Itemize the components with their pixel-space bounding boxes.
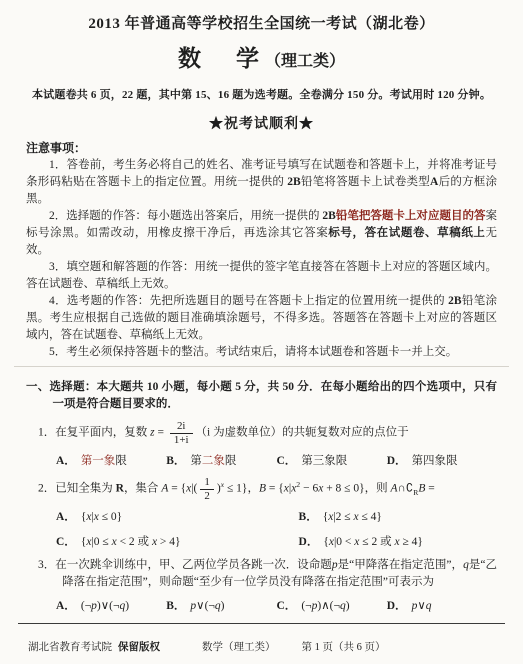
subject-type-label: （理工类） <box>265 53 345 70</box>
notices-heading: 注意事项： <box>26 140 497 157</box>
option-c: C．第三象限 <box>277 453 387 469</box>
option-text: p∨q <box>412 600 432 612</box>
option-label: A． <box>56 455 76 467</box>
footer-subject: 数学（理工类） <box>202 639 276 654</box>
option-label: B． <box>166 600 185 612</box>
option-label: B． <box>166 455 185 467</box>
option-label: D． <box>299 536 319 548</box>
option-d: D．p∨q <box>387 598 497 614</box>
option-a: A．第一象限 <box>56 453 166 469</box>
subject-title: 数 学（理工类） <box>26 40 497 73</box>
notice-item-1: 1．答卷前，考生务必将自己的姓名、准考证号填写在试题卷和答题卡上，并将准考证号条… <box>26 157 497 208</box>
footer-org: 湖北省教育考试院 <box>28 639 112 654</box>
footer-rule <box>18 623 505 624</box>
exam-info-line: 本试题卷共 6 页，22 题，其中第 15、16 题为选考题。全卷满分 150 … <box>26 86 497 102</box>
option-text: {x|0 ≤ x < 2 或 x > 4} <box>81 536 181 548</box>
section-heading: 一、选择题：本大题共 10 小题，每小题 5 分，共 50 分．在每小题给出的四… <box>26 379 497 413</box>
option-d: D．{x|0 < x ≤ 2 或 x ≥ 4} <box>299 534 497 550</box>
question-3: 3．在一次跳伞训练中，甲、乙两位学员各跳一次．设命题p是“甲降落在指定范围”，q… <box>26 557 497 614</box>
options-row: A．(¬p)∨(¬q) B．p∨(¬q) C．(¬p)∧(¬q) D．p∨q <box>56 598 497 614</box>
exam-title: 2013 年普通高等学校招生全国统一考试（湖北卷） <box>26 12 497 33</box>
option-text: 第一象限 <box>81 455 127 467</box>
notice-item-5: 5．考生必须保持答题卡的整洁。考试结束后，请将本试题卷和答题卡一并上交。 <box>26 344 497 361</box>
options-row: A．第一象限 B．第二象限 C．第三象限 D．第四象限 <box>56 453 497 469</box>
footer-block: 湖北省教育考试院 保留版权 数学（理工类） 第 1 页（共 6 页） <box>26 623 497 664</box>
notices-section: 注意事项： 1．答卷前，考生务必将自己的姓名、准考证号填写在试题卷和答题卡上，并… <box>26 140 497 361</box>
footer: 湖北省教育考试院 保留版权 数学（理工类） 第 1 页（共 6 页） <box>26 639 497 654</box>
option-label: C． <box>277 455 297 467</box>
wish-line: ★祝考试顺利★ <box>26 113 497 133</box>
option-a: A．(¬p)∨(¬q) <box>56 598 166 614</box>
option-label: A． <box>56 511 76 523</box>
option-label: A． <box>56 600 76 612</box>
option-label: C． <box>277 600 297 612</box>
notice-item-4: 4．选考题的作答：先把所选题目的题号在答题卡上指定的位置用统一提供的 2B铅笔涂… <box>26 293 497 344</box>
option-b: B．第二象限 <box>166 453 276 469</box>
footer-copyright: 保留版权 <box>118 639 160 654</box>
question-2: 2．已知全集为 R，集合 A = {x|(12)x ≤ 1}，B = {x|x2… <box>26 476 497 550</box>
option-label: D． <box>387 600 407 612</box>
notice-item-2: 2．选择题的作答：每小题选出答案后，用统一提供的 2B铅笔把答题卡上对应题目的答… <box>26 208 497 259</box>
option-b: B．{x|2 ≤ x ≤ 4} <box>299 509 497 525</box>
option-label: C． <box>56 536 76 548</box>
question-stem: 3．在一次跳伞训练中，甲、乙两位学员各跳一次．设命题p是“甲降落在指定范围”，q… <box>38 557 497 591</box>
option-a: A．{x|x ≤ 0} <box>56 509 299 525</box>
option-text: (¬p)∨(¬q) <box>81 600 129 612</box>
exam-page: 2013 年普通高等学校招生全国统一考试（湖北卷） 数 学（理工类） 本试题卷共… <box>0 0 523 664</box>
option-text: 第四象限 <box>412 455 458 467</box>
question-stem: 2．已知全集为 R，集合 A = {x|(12)x ≤ 1}，B = {x|x2… <box>38 476 497 502</box>
option-text: {x|x ≤ 0} <box>81 511 122 523</box>
option-c: C．(¬p)∧(¬q) <box>277 598 387 614</box>
option-d: D．第四象限 <box>387 453 497 469</box>
option-label: D． <box>387 455 407 467</box>
option-c: C．{x|0 ≤ x < 2 或 x > 4} <box>56 534 299 550</box>
option-label: B． <box>299 511 318 523</box>
option-text: p∨(¬q) <box>190 600 224 612</box>
option-text: {x|2 ≤ x ≤ 4} <box>323 511 382 523</box>
subject-name: 数 学 <box>178 46 265 71</box>
question-1: 1．在复平面内，复数 z = 2i1+i（i 为虚数单位）的共轭复数对应的点位于… <box>26 420 497 469</box>
option-text: {x|0 < x ≤ 2 或 x ≥ 4} <box>323 536 423 548</box>
option-text: 第三象限 <box>301 455 347 467</box>
section-divider <box>14 366 509 367</box>
notice-item-3: 3．填空题和解答题的作答：用统一提供的签字笔直接答在答题卡上对应的答题区域内。答… <box>26 259 497 293</box>
option-text: 第二象限 <box>190 455 236 467</box>
option-text: (¬p)∧(¬q) <box>301 600 349 612</box>
option-b: B．p∨(¬q) <box>166 598 276 614</box>
footer-page-number: 第 1 页（共 6 页） <box>302 639 386 654</box>
options-grid: A．{x|x ≤ 0} B．{x|2 ≤ x ≤ 4} C．{x|0 ≤ x <… <box>56 509 497 550</box>
question-stem: 1．在复平面内，复数 z = 2i1+i（i 为虚数单位）的共轭复数对应的点位于 <box>38 420 497 446</box>
